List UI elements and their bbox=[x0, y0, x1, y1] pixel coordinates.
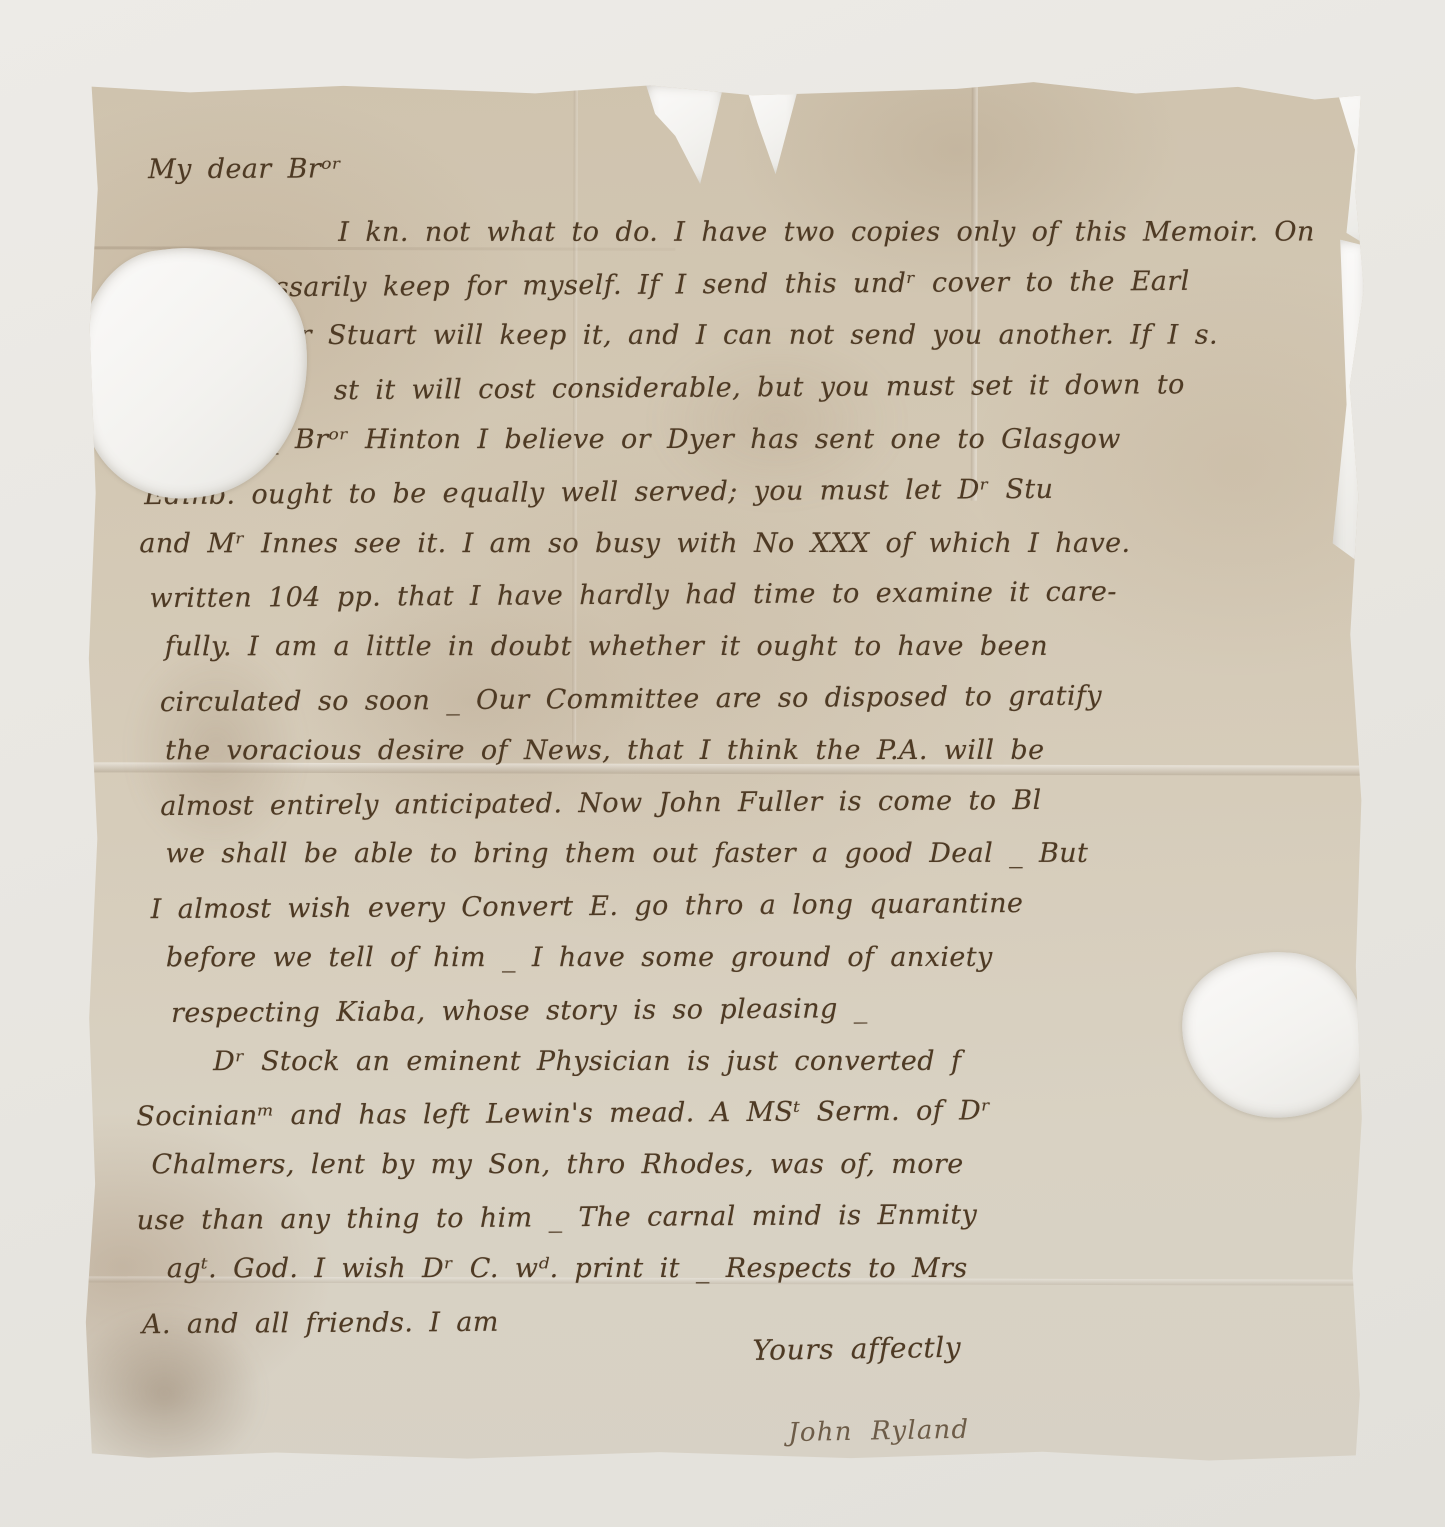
letter-line: ssion _ Brᵒʳ Hinton I believe or Dyer ha… bbox=[177, 414, 1329, 466]
letter-line: st it will cost considerable, but you mu… bbox=[334, 358, 1329, 417]
letter-line: Edinb. ought to be equally well served; … bbox=[144, 462, 1329, 522]
letter-line: Socinianᵐ and has left Lewin's mead. A M… bbox=[136, 1083, 1331, 1143]
letter-line: agᵗ. God. I wish Dʳ C. wᵈ. print it _ Re… bbox=[167, 1243, 1332, 1295]
letter-line: before we tell of him _ I have some grou… bbox=[166, 932, 1331, 984]
letter-salutation: My dear Brᵒʳ bbox=[148, 140, 1328, 196]
repair-patch bbox=[1333, 240, 1368, 570]
letter-line: almost entirely anticipated. Now John Fu… bbox=[160, 773, 1330, 833]
letter-line: fully. I am a little in doubt whether it… bbox=[165, 621, 1330, 673]
letter-line: r Stuart will keep it, and I can not sen… bbox=[299, 310, 1329, 362]
letter-line: the voracious desire of News, that I thi… bbox=[165, 725, 1330, 777]
letter-line: Dʳ Stock an eminent Physician is just co… bbox=[213, 1035, 1331, 1087]
letter-signature: John Ryland bbox=[788, 1415, 970, 1448]
letter-line: Chalmers, lent by my Son, thro Rhodes, w… bbox=[152, 1139, 1332, 1191]
letter-line: I kn. not what to do. I have two copies … bbox=[338, 206, 1328, 258]
letter-line: we shall be able to bring them out faste… bbox=[165, 828, 1330, 880]
photo-background: My dear Brᵒʳ I kn. not what to do. I hav… bbox=[0, 0, 1445, 1527]
letter-line: A. and all friends. I am bbox=[142, 1290, 1332, 1350]
letter-line: respecting Kiaba, whose story is so plea… bbox=[171, 980, 1331, 1040]
letter-paper: My dear Brᵒʳ I kn. not what to do. I hav… bbox=[84, 78, 1366, 1463]
letter-line: I almost wish every Convert E. go thro a… bbox=[150, 876, 1330, 936]
letter-line: and Mʳ Innes see it. I am so busy with N… bbox=[139, 517, 1329, 569]
letter-line: written 104 pp. that I have hardly had t… bbox=[149, 565, 1329, 625]
letter-body: My dear Brᵒʳ I kn. not what to do. I hav… bbox=[148, 140, 1332, 1348]
letter-line: use than any thing to him _ The carnal m… bbox=[137, 1187, 1332, 1247]
letter-line: must necessarily keep for myself. If I s… bbox=[123, 254, 1328, 314]
letter-line: circulated so soon _ Our Committee are s… bbox=[160, 669, 1330, 729]
letter-closing: Yours affectly bbox=[752, 1331, 961, 1367]
